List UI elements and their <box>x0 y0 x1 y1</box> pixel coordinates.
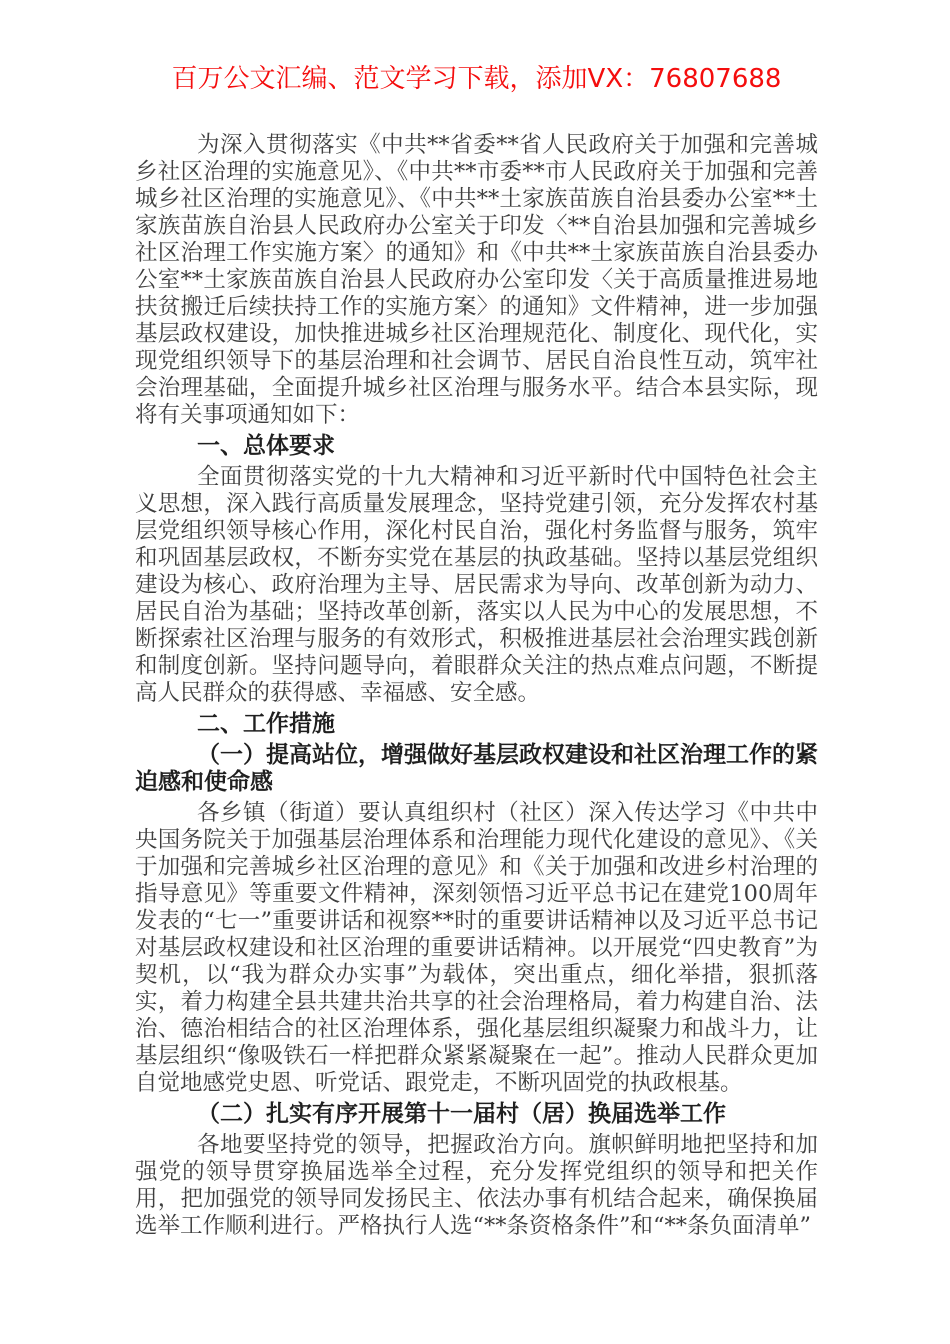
document-body: 为深入贯彻落实《中共**省委**省人民政府关于加强和完善城乡社区治理的实施意见》… <box>135 132 818 1240</box>
sub-section-heading: （二）扎实有序开展第十一届村（居）换届选举工作 <box>135 1101 818 1128</box>
document-page: 百万公文汇编、范文学习下载，添加VX：76807688 为深入贯彻落实《中共**… <box>0 0 950 1344</box>
paragraph: 各地要坚持党的领导，把握政治方向。旗帜鲜明地把坚持和加强党的领导贯穿换届选举全过… <box>135 1132 818 1240</box>
paragraph: 为深入贯彻落实《中共**省委**省人民政府关于加强和完善城乡社区治理的实施意见》… <box>135 132 818 429</box>
section-heading: 二、工作措施 <box>135 711 818 738</box>
paragraph: 全面贯彻落实党的十九大精神和习近平新时代中国特色社会主义思想，深入践行高质量发展… <box>135 464 818 707</box>
sub-section-heading: （一）提高站位，增强做好基层政权建设和社区治理工作的紧迫感和使命感 <box>135 742 818 796</box>
section-heading: 一、总体要求 <box>135 433 818 460</box>
promo-banner-text: 百万公文汇编、范文学习下载，添加VX：76807688 <box>135 60 818 98</box>
paragraph: 各乡镇（街道）要认真组织村（社区）深入传达学习《中共中央国务院关于加强基层治理体… <box>135 800 818 1097</box>
